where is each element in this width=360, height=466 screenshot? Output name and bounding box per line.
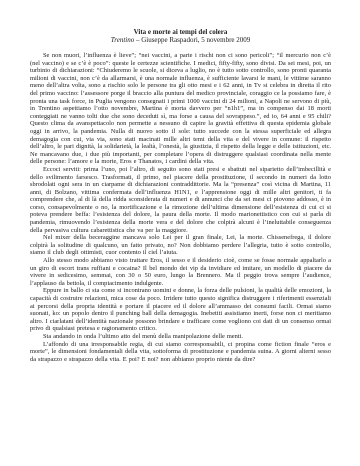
author-date: – Giuseppe Raspadori, 5 novembre 2009	[134, 36, 250, 44]
document-body: Se non muori, l’influenza è lieve”; “nei…	[30, 52, 331, 363]
document-subtitle: Trentino – Giuseppe Raspadori, 5 novembr…	[30, 36, 331, 44]
document-page: Vita e morte ai tempi del colera Trentin…	[0, 0, 360, 466]
page-title: Vita e morte ai tempi del colera	[30, 28, 331, 36]
paragraph: Se non muori, l’influenza è lieve”; “nei…	[30, 52, 331, 166]
paragraph: Allo stesso modo abbiamo visto trattare …	[30, 257, 331, 287]
paragraph: L’affondo di una irresponsabile regia, d…	[30, 341, 331, 364]
journal-name: Trentino	[111, 36, 134, 44]
paragraph: Eppure in ballo ci sta come si incontran…	[30, 287, 331, 333]
document-content: Vita e morte ai tempi del colera Trentin…	[30, 28, 331, 363]
paragraph: Eccoci serviti: prima l’uno, poi l’altro…	[30, 166, 331, 234]
paragraph: Nel mixer della beceraggine mancava solo…	[30, 234, 331, 257]
paragraph: Sta andando in onda l’ultimo atto del me…	[30, 333, 331, 341]
